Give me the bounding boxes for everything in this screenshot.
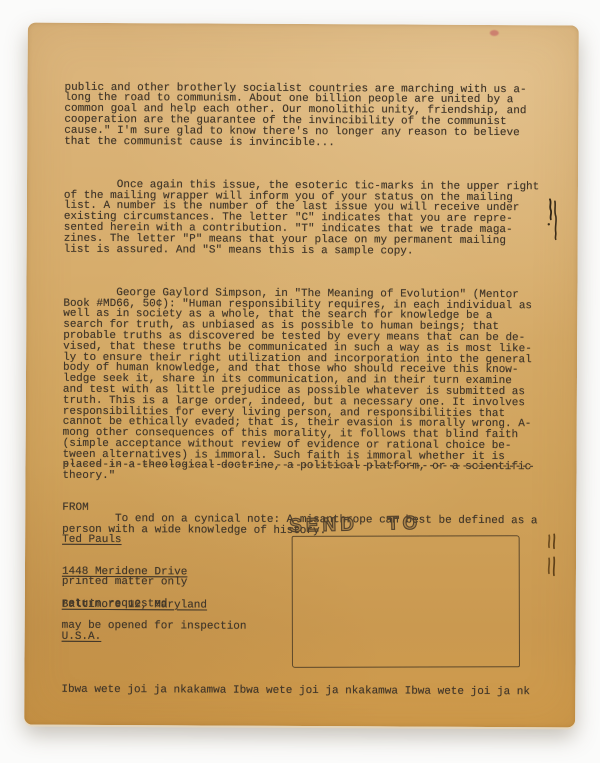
footer-slogan: Ibwa wete joi ja nkakamwa Ibwa wete joi … [61, 685, 530, 698]
paragraph-communist-quote: public and other brotherly socialist cou… [64, 82, 544, 149]
ink-tic-marks-icon [545, 197, 561, 241]
staple-icon [545, 533, 559, 579]
from-label: FROM [62, 502, 207, 514]
dashed-separator: ----------------------------------------… [62, 460, 534, 473]
annotation-printed-matter: printed matter only [62, 577, 187, 588]
from-name: Ted Pauls [62, 535, 207, 547]
send-to-address-box [292, 535, 520, 668]
paragraph-simpson-quote: George Gaylord Simpson, in "The Meaning … [62, 287, 543, 484]
annotation-return-requested: return requested [62, 599, 168, 610]
mailing-wrapper-paper: public and other brotherly socialist cou… [24, 23, 579, 728]
from-block: FROM Ted Pauls 1448 Meridene Drive Balti… [61, 481, 207, 665]
from-country: U.S.A. [62, 632, 207, 644]
scanned-page: public and other brotherly socialist cou… [0, 0, 600, 763]
paragraph-tic-marks-explanation: Once again this issue, the esoteric tic-… [64, 180, 544, 258]
red-smudge [490, 30, 499, 36]
annotation-open-inspection: may be opened for inspection [62, 621, 247, 633]
send-to-label: SEND TO [289, 513, 422, 538]
